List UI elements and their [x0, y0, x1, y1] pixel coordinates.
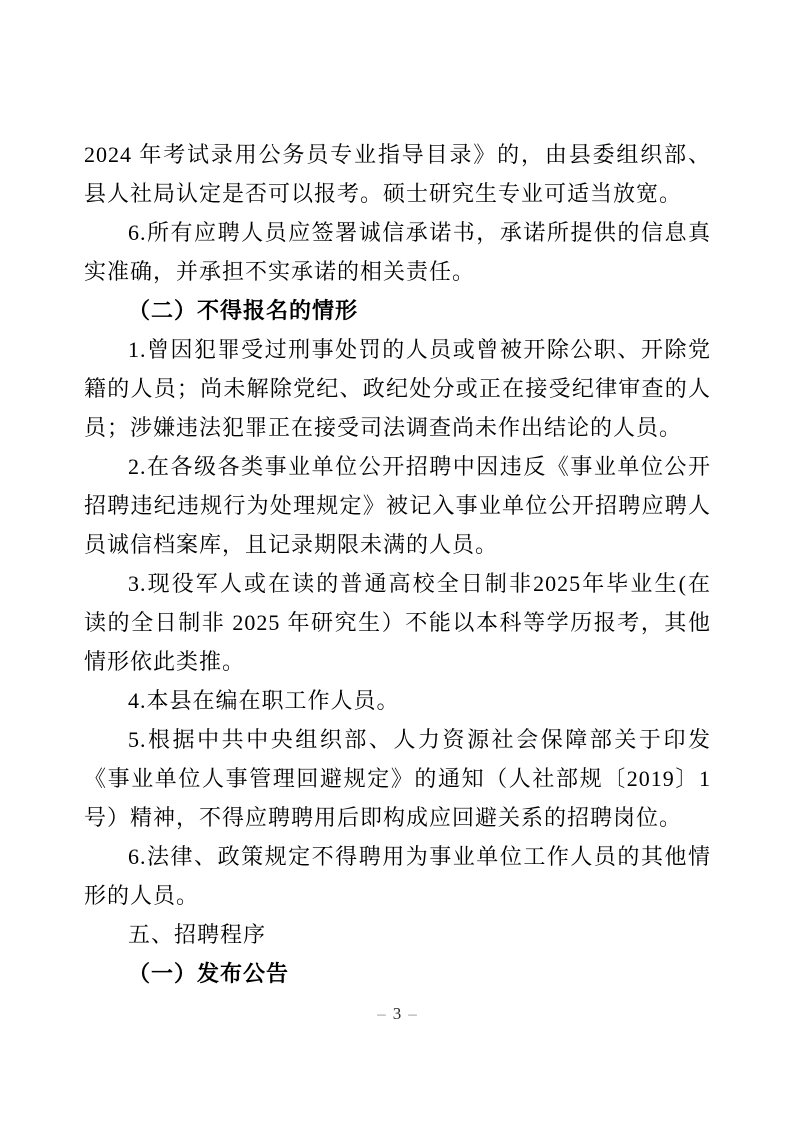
text-line: 2024 年考试录用公务员专业指导目录》的，由县委组织部、	[84, 135, 711, 174]
text-line: 形的人员。	[84, 876, 711, 915]
paragraph: 5.根据中共中央组织部、人力资源社会保障部关于印发《事业单位人事管理回避规定》的…	[84, 720, 711, 837]
section-heading: （二）不得报名的情形	[84, 291, 711, 330]
text-line: 情形依此类推。	[84, 642, 711, 681]
page-number-footer: –3–	[0, 1002, 794, 1026]
section-heading: 五、招聘程序	[84, 915, 711, 954]
page-background: 2024 年考试录用公务员专业指导目录》的，由县委组织部、县人社局认定是否可以报…	[0, 0, 794, 1122]
text-line: 3.现役军人或在读的普通高校全日制非2025年毕业生(在	[84, 564, 711, 603]
text-line: 《事业单位人事管理回避规定》的通知（人社部规〔2019〕1	[84, 759, 711, 798]
text-line: 县人社局认定是否可以报考。硕士研究生专业可适当放宽。	[84, 174, 711, 213]
paragraph: 4.本县在编在职工作人员。	[84, 681, 711, 720]
section-heading: （一）发布公告	[84, 954, 711, 993]
paragraph: 3.现役军人或在读的普通高校全日制非2025年毕业生(在读的全日制非 2025 …	[84, 564, 711, 681]
text-line: 2.在各级各类事业单位公开招聘中因违反《事业单位公开	[84, 447, 711, 486]
paragraph: 1.曾因犯罪受过刑事处罚的人员或曾被开除公职、开除党籍的人员；尚未解除党纪、政纪…	[84, 330, 711, 447]
text-line: 4.本县在编在职工作人员。	[84, 681, 711, 720]
text-line: 籍的人员；尚未解除党纪、政纪处分或正在接受纪律审查的人	[84, 369, 711, 408]
text-line: 招聘违纪违规行为处理规定》被记入事业单位公开招聘应聘人	[84, 486, 711, 525]
text-line: 5.根据中共中央组织部、人力资源社会保障部关于印发	[84, 720, 711, 759]
text-line: 实准确，并承担不实承诺的相关责任。	[84, 252, 711, 291]
page-number: 3	[393, 1004, 402, 1023]
text-line: （二）不得报名的情形	[84, 291, 711, 330]
paragraph: 6.法律、政策规定不得聘用为事业单位工作人员的其他情形的人员。	[84, 837, 711, 915]
document-page: { "colors": { "background": "#ffffff", "…	[0, 0, 794, 1122]
text-line: 员；涉嫌违法犯罪正在接受司法调查尚未作出结论的人员。	[84, 408, 711, 447]
footer-dash-left: –	[377, 1004, 386, 1023]
text-line: 员诚信档案库，且记录期限未满的人员。	[84, 525, 711, 564]
paragraph: 2024 年考试录用公务员专业指导目录》的，由县委组织部、县人社局认定是否可以报…	[84, 135, 711, 213]
text-line: 1.曾因犯罪受过刑事处罚的人员或曾被开除公职、开除党	[84, 330, 711, 369]
text-line: 读的全日制非 2025 年研究生）不能以本科等学历报考，其他	[84, 603, 711, 642]
footer-dash-right: –	[408, 1004, 417, 1023]
page-body: 2024 年考试录用公务员专业指导目录》的，由县委组织部、县人社局认定是否可以报…	[84, 135, 711, 993]
text-line: 号）精神，不得应聘聘用后即构成应回避关系的招聘岗位。	[84, 798, 711, 837]
paragraph: 6.所有应聘人员应签署诚信承诺书，承诺所提供的信息真实准确，并承担不实承诺的相关…	[84, 213, 711, 291]
paragraph: 2.在各级各类事业单位公开招聘中因违反《事业单位公开招聘违纪违规行为处理规定》被…	[84, 447, 711, 564]
text-line: 6.法律、政策规定不得聘用为事业单位工作人员的其他情	[84, 837, 711, 876]
text-line: 6.所有应聘人员应签署诚信承诺书，承诺所提供的信息真	[84, 213, 711, 252]
text-line: 五、招聘程序	[84, 915, 711, 954]
text-line: （一）发布公告	[84, 954, 711, 993]
